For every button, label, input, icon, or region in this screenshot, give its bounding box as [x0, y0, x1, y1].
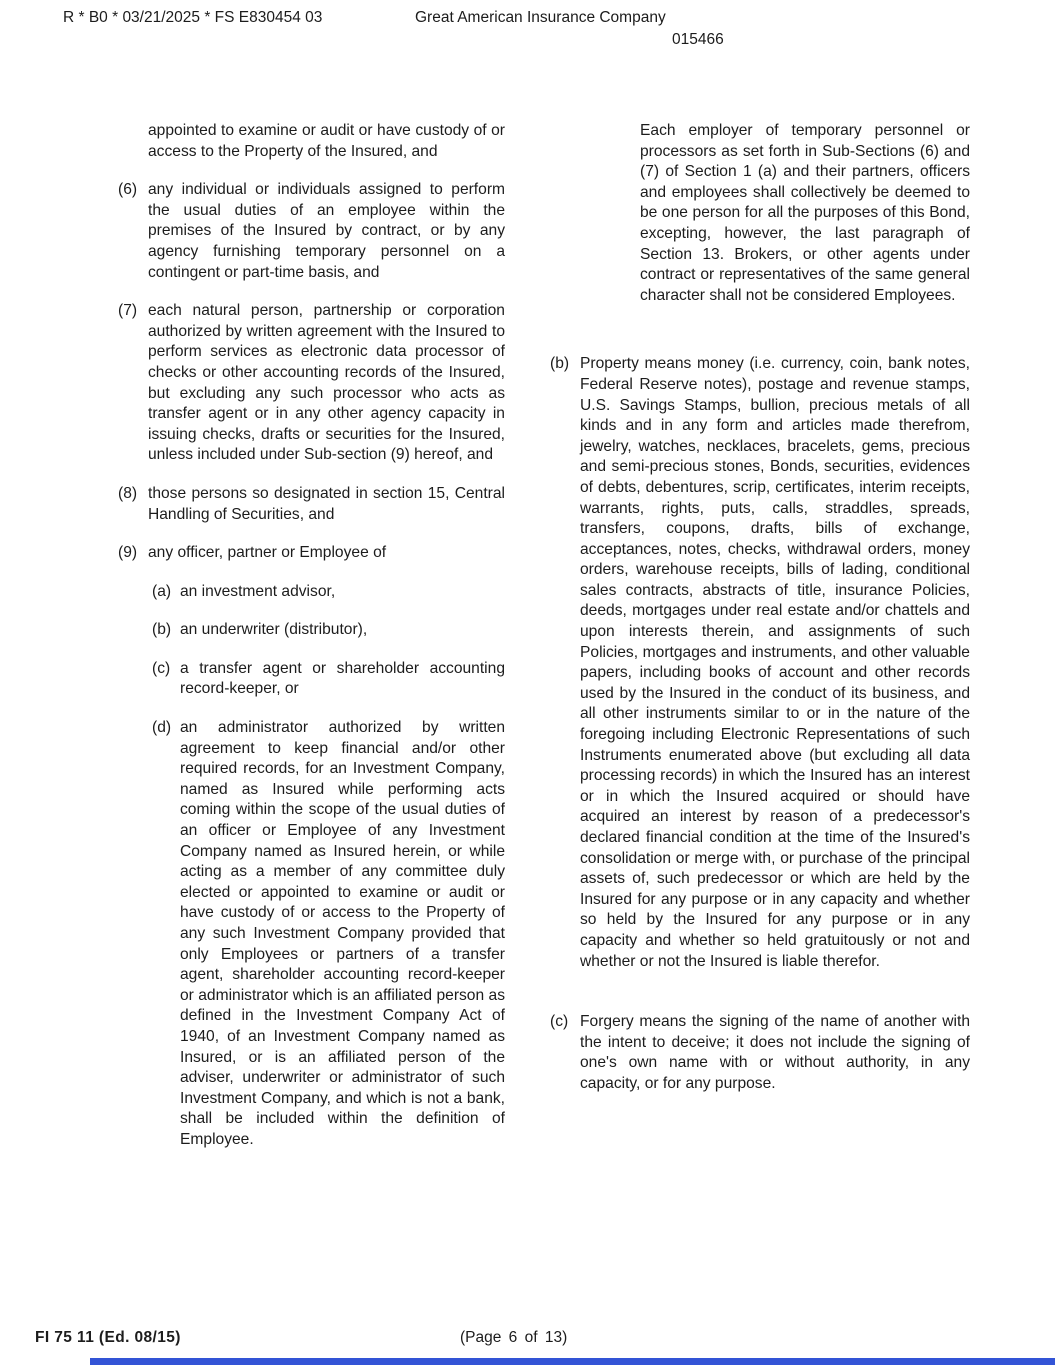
header-company-name: Great American Insurance Company	[415, 9, 666, 27]
bottom-blue-bar	[90, 1358, 1055, 1365]
clause-7-text: each natural person, partnership or corp…	[148, 301, 505, 466]
clause-9a-text: an investment advisor,	[180, 582, 505, 603]
clause-6-label: (6)	[118, 180, 148, 283]
clause-9a: (a) an investment advisor,	[152, 582, 505, 603]
clause-5-continuation: appointed to examine or audit or have cu…	[148, 121, 505, 162]
clause-6-text: any individual or individuals assigned t…	[148, 180, 505, 283]
left-column: appointed to examine or audit or have cu…	[118, 121, 505, 1169]
document-body: appointed to examine or audit or have cu…	[118, 121, 970, 1169]
clause-9d-label: (d)	[152, 718, 180, 1150]
definition-forgery-text: Forgery means the signing of the name of…	[580, 1012, 970, 1094]
definition-forgery: (c) Forgery means the signing of the nam…	[550, 1012, 970, 1094]
clause-9c: (c) a transfer agent or shareholder acco…	[152, 659, 505, 700]
clause-9b: (b) an underwriter (distributor),	[152, 620, 505, 641]
header-document-number: 015466	[672, 31, 724, 49]
clause-9c-text: a transfer agent or shareholder accounti…	[180, 659, 505, 700]
right-column: Each employer of temporary personnel or …	[550, 121, 970, 1169]
definition-property-label: (b)	[550, 354, 580, 972]
definition-property: (b) Property means money (i.e. currency,…	[550, 354, 970, 972]
header-reference-line: R * B0 * 03/21/2025 * FS E830454 03	[63, 9, 322, 27]
clause-8-label: (8)	[118, 484, 148, 525]
footer-page-indicator: (Page 6 of 13)	[460, 1329, 567, 1347]
clause-9c-label: (c)	[152, 659, 180, 700]
clause-9b-text: an underwriter (distributor),	[180, 620, 505, 641]
clause-9d: (d) an administrator authorized by writt…	[152, 718, 505, 1150]
clause-9-label: (9)	[118, 543, 148, 564]
clause-9: (9) any officer, partner or Employee of	[118, 543, 505, 564]
clause-9b-label: (b)	[152, 620, 180, 641]
clause-9a-label: (a)	[152, 582, 180, 603]
document-page: R * B0 * 03/21/2025 * FS E830454 03 Grea…	[0, 0, 1055, 1365]
footer-form-number: FI 75 11 (Ed. 08/15)	[35, 1329, 181, 1347]
clause-7: (7) each natural person, partnership or …	[118, 301, 505, 466]
clause-8: (8) those persons so designated in secti…	[118, 484, 505, 525]
employer-continuation-paragraph: Each employer of temporary personnel or …	[640, 121, 970, 306]
clause-6: (6) any individual or individuals assign…	[118, 180, 505, 283]
clause-9d-text: an administrator authorized by written a…	[180, 718, 505, 1150]
clause-7-label: (7)	[118, 301, 148, 466]
definition-property-text: Property means money (i.e. currency, coi…	[580, 354, 970, 972]
clause-8-text: those persons so designated in section 1…	[148, 484, 505, 525]
definition-forgery-label: (c)	[550, 1012, 580, 1094]
clause-9-text: any officer, partner or Employee of	[148, 543, 505, 564]
